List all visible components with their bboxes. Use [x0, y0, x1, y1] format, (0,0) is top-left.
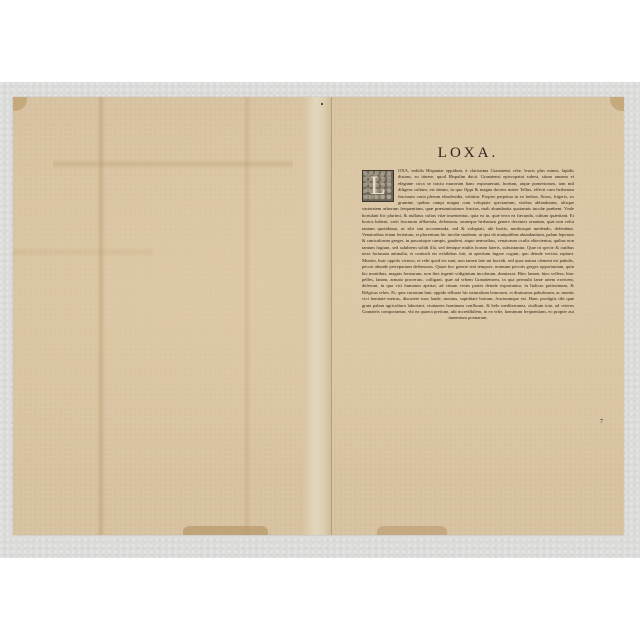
- water-stain: [377, 526, 447, 535]
- water-stain: [183, 526, 268, 535]
- paper-sheet: LOXA. L OXA, nobilis Hispaniæ oppidum, à…: [13, 97, 624, 535]
- center-fold: [304, 97, 332, 535]
- stain-horizontal: [13, 247, 153, 257]
- page-number: 7: [600, 419, 603, 425]
- pinhole: [321, 103, 323, 105]
- left-page-blank: [13, 97, 303, 535]
- text-block: LOXA. L OXA, nobilis Hispaniæ oppidum, à…: [362, 145, 574, 322]
- stain-horizontal: [53, 159, 293, 169]
- right-page-text: LOXA. L OXA, nobilis Hispaniæ oppidum, à…: [332, 97, 624, 535]
- drop-cap: L: [362, 170, 394, 202]
- paragraph: L OXA, nobilis Hispaniæ oppidum, à clari…: [362, 168, 574, 322]
- corner-stain: [610, 97, 624, 111]
- corner-stain: [13, 97, 27, 111]
- page-title: LOXA.: [362, 145, 574, 162]
